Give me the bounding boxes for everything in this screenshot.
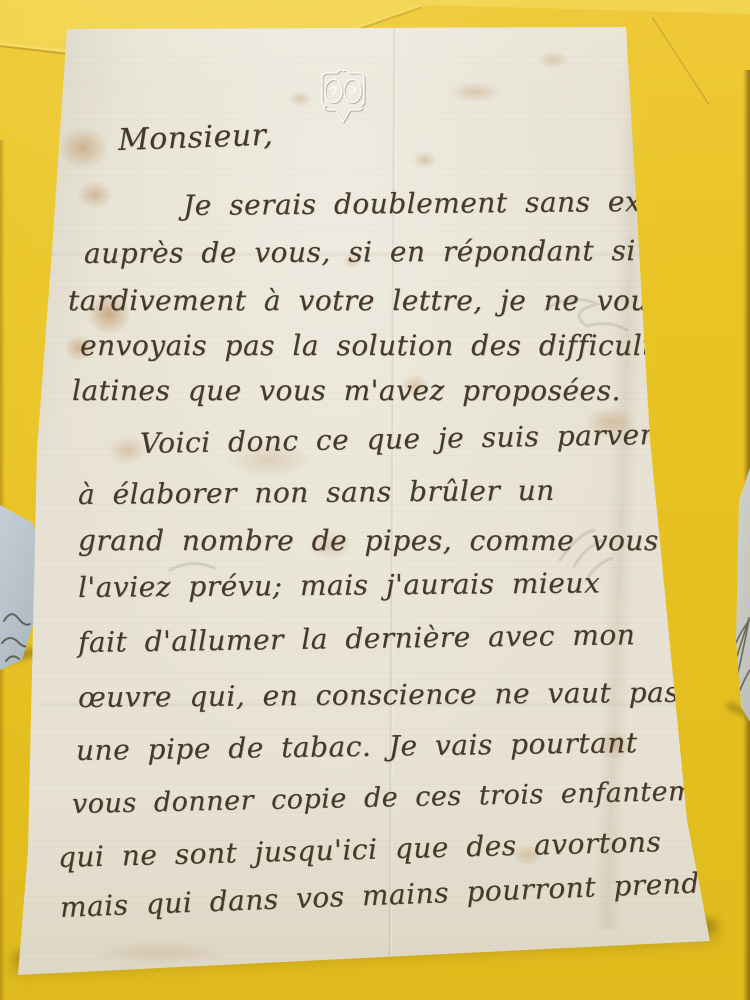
backdrop-crease [651,16,709,104]
letter-line: latines que vous m'avez proposées. [72,377,621,405]
letter-line: une pipe de tabac. Je vais pourtant [76,729,638,765]
letter-line: grand nombre de pipes, comme vous [78,527,659,555]
letter-line: envoyais pas la solution des difficultés [80,332,686,360]
photograph-of-letter: Monsieur, Je serais doublement sans excu… [0,0,750,1000]
letter-line: Monsieur, [117,121,273,156]
letter-line: tardivement à votre lettre, je ne vous [68,287,664,315]
letter-line: auprès de vous, si en répondant si [84,237,636,268]
letter-line: fait d'allumer la dernière avec mon [78,621,636,657]
letter-line: à élaborer non sans brûler un [78,477,555,509]
letter-paper: Monsieur, Je serais doublement sans excu… [0,0,750,1000]
gray-scrap-pen-flourish [732,462,750,727]
letter-line: Je serais doublement sans excuse [183,187,708,220]
letter-line: œuvre qui, en conscience ne vaut pas [78,679,679,712]
manuscript-scrap-right [732,462,750,727]
letter-line: l'aviez prévu; mais j'aurais mieux [78,569,600,602]
